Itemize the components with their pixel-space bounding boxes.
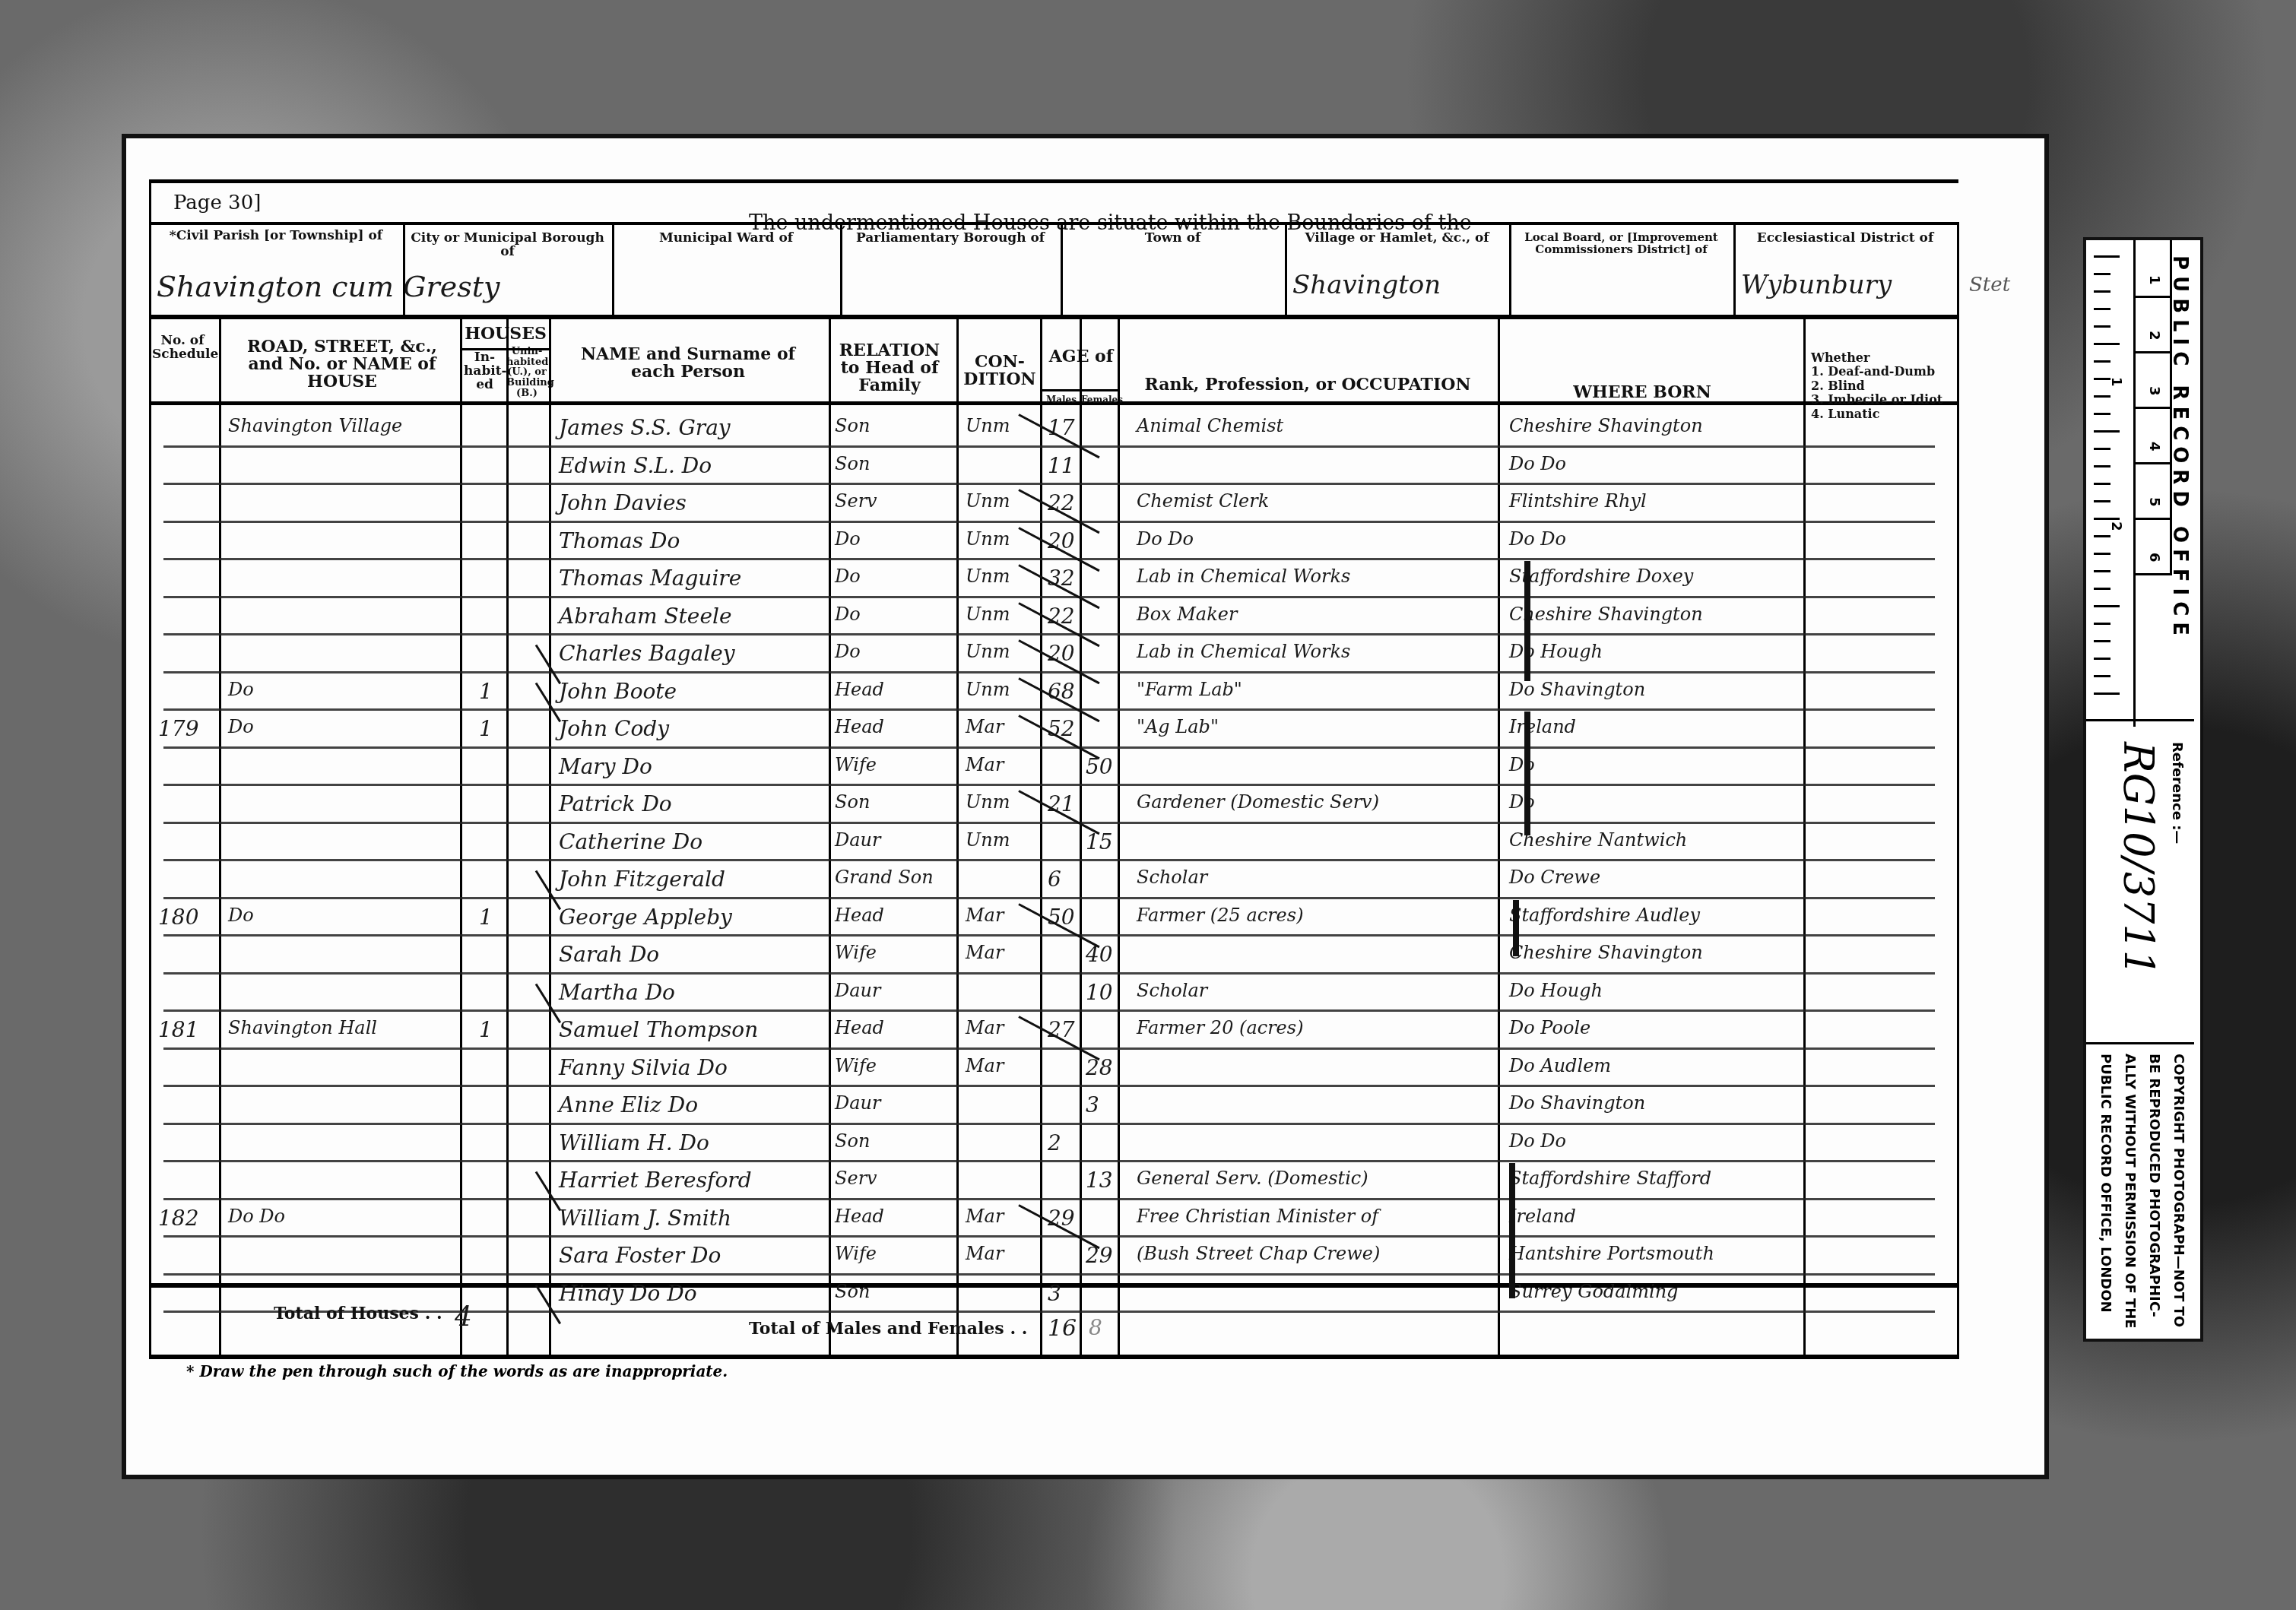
relation-cell: Wife [835,754,877,775]
check-mark [1513,900,1519,956]
where-born-cell: Staffordshire Doxey [1509,566,1693,587]
ruler-inch-label: 2 [2146,331,2162,341]
top-border [149,179,1958,183]
name-cell: Abraham Steele [559,604,732,629]
ruler-tick [2094,308,2110,310]
where-born-cell: Do Do [1509,528,1566,550]
strip-divider [2086,719,2194,721]
check-mark [1509,1163,1515,1298]
name-cell: Thomas Do [559,528,680,553]
boundary-value: Shavington [1292,270,1441,300]
check-mark [1524,712,1530,835]
relation-cell: Grand Son [835,867,934,888]
relation-cell: Do [835,566,861,587]
relation-cell: Son [835,415,870,436]
name-cell: William H. Do [559,1130,709,1155]
name-cell: Martha Do [559,980,675,1005]
relation-cell: Do [835,604,861,625]
male-age-cell: 2 [1048,1130,1061,1155]
condition-cell: Unm [966,641,1010,662]
row-rule [163,596,1935,598]
reference-label: Reference :— [2169,742,2185,844]
where-born-cell: Do Hough [1509,641,1603,662]
title-divider [149,222,1958,225]
row-rule [163,784,1935,786]
condition-cell: Mar [966,1017,1004,1038]
row-rule [163,558,1935,560]
boundary-divider [1285,225,1287,316]
relation-cell: Wife [835,1055,877,1076]
where-born-cell: Do Shavington [1509,679,1645,700]
where-born-cell: Do [1509,754,1535,775]
where-born-cell: Ireland [1509,716,1576,737]
occupation-cell: Do Do [1137,528,1194,550]
boundary-value: Wybunbury [1741,270,1892,300]
where-born-cell: Flintshire Rhyl [1509,490,1647,512]
road-cell: Do Do [228,1206,285,1227]
relation-cell: Head [835,1206,884,1227]
where-born-cell: Do Poole [1509,1017,1590,1038]
ruler-tick [2094,430,2120,433]
boundary-label: Parliamentary Borough of [845,232,1056,246]
relation-cell: Son [835,453,870,474]
relation-cell: Head [835,716,884,737]
ruler-tick [2094,273,2110,275]
condition-cell: Mar [966,1055,1004,1076]
inhabited-cell: 1 [479,679,493,704]
ruler-tick [2094,553,2110,555]
total-females-value: 8 [1089,1315,1102,1340]
row-rule [163,1009,1935,1012]
header-occupation: Rank, Profession, or OCCUPATION [1125,376,1490,394]
where-born-cell: Do Audlem [1509,1055,1611,1076]
where-born-cell: Cheshire Nantwich [1509,829,1687,851]
occupation-cell: General Serv. (Domestic) [1137,1168,1368,1189]
where-born-cell: Staffordshire Audley [1509,905,1700,926]
header-relation: RELATION to Head of Family [829,342,950,395]
name-cell: Charles Bagaley [559,641,735,666]
row-rule [163,822,1935,824]
table-row [149,750,1958,788]
occupation-cell: Farmer 20 (acres) [1137,1017,1304,1038]
houses-subdivider [460,348,549,350]
condition-cell: Mar [966,1206,1004,1227]
name-cell: John Fitzgerald [559,867,725,892]
boundary-divider [840,225,842,316]
boundary-label: Local Board, or [Improvement Commissione… [1514,232,1729,256]
relation-cell: Daur [835,980,880,1001]
occupation-cell: Scholar [1137,867,1207,888]
row-rule [163,1235,1935,1238]
name-cell: James S.S. Gray [559,415,731,440]
boundary-divider [403,225,405,316]
check-mark [1524,561,1530,681]
relation-cell: Son [835,1130,870,1152]
where-born-cell: Cheshire Shavington [1509,415,1703,436]
boundary-divider [612,225,614,316]
occupation-cell: "Ag Lab" [1137,716,1219,737]
row-rule [163,1085,1935,1087]
occupation-cell: Lab in Chemical Works [1137,641,1350,662]
header-inhabited: In-habit-ed [464,351,506,392]
strip-divider-2 [2086,1042,2194,1044]
total-males-value: 16 [1048,1315,1077,1342]
condition-cell: Mar [966,1243,1004,1264]
occupation-cell: Gardener (Domestic Serv) [1137,791,1379,813]
row-rule [163,859,1935,861]
relation-cell: Do [835,641,861,662]
ruler-tick [2094,640,2110,642]
where-born-cell: Do Shavington [1509,1092,1645,1114]
condition-cell: Unm [966,791,1010,813]
ruler-tick [2094,395,2110,398]
boundary-label: Town of [1065,232,1280,246]
table-row [149,975,1958,1013]
reference-value: RG10/3711 [2114,742,2162,976]
ruler-tick [2094,535,2110,537]
ruler-tick [2094,413,2110,415]
ruler-tick [2094,500,2110,502]
ruler-tick [2094,343,2120,345]
header-males: Males [1043,395,1080,405]
ruler-cm-label: 2 [2108,521,2124,531]
margin-note: Stet [1969,274,2010,296]
footnote: * Draw the pen through such of the words… [186,1362,728,1380]
ruler-inch-label: 6 [2146,553,2162,563]
row-rule [163,1198,1935,1200]
name-cell: Anne Eliz Do [559,1092,698,1117]
ruler-box [2133,462,2172,520]
row-rule [163,708,1935,711]
boundary-divider [1509,225,1511,316]
male-age-cell: 3 [1048,1281,1061,1306]
row-rule [163,671,1935,673]
where-born-cell: Do Hough [1509,980,1603,1001]
where-born-cell: Hantshire Portsmouth [1509,1243,1714,1264]
ruler-box [2133,407,2172,464]
ruler-tick [2094,588,2110,590]
relation-cell: Daur [835,1092,880,1114]
ruler-box [2133,296,2172,353]
age-subdivider [1040,389,1118,391]
copyright-line: COPYRIGHT PHOTOGRAPH—NOT TO [2171,1054,2187,1327]
header-females: Females [1081,395,1118,405]
road-cell: Shavington Hall [228,1017,377,1038]
condition-cell: Mar [966,942,1004,963]
name-cell: John Boote [559,679,677,704]
name-cell: Harriet Beresford [559,1168,752,1193]
road-cell: Do [228,679,254,700]
inhabited-cell: 1 [479,905,493,930]
name-cell: Sarah Do [559,942,659,967]
boundary-label: Village or Hamlet, &c., of [1289,232,1505,246]
condition-cell: Mar [966,754,1004,775]
condition-cell: Unm [966,528,1010,550]
header-name: NAME and Surname of each Person [559,346,817,381]
where-born-cell: Ireland [1509,1206,1576,1227]
ruler-tick [2094,570,2110,572]
condition-cell: Mar [966,716,1004,737]
name-cell: John Davies [559,490,687,515]
name-cell: John Cody [559,716,669,741]
occupation-cell: Chemist Clerk [1137,490,1269,512]
name-cell: Edwin S.L. Do [559,453,712,478]
ruler-tick [2094,518,2120,520]
occupation-cell: Farmer (25 acres) [1137,905,1304,926]
table-row [149,1051,1958,1089]
name-cell: Catherine Do [559,829,702,854]
row-rule [163,1047,1935,1050]
copyright-line: PUBLIC RECORD OFFICE, LONDON [2098,1054,2114,1313]
row-rule [163,897,1935,899]
office-label: PUBLIC RECORD OFFICE [2168,255,2191,642]
row-rule [163,746,1935,749]
total-houses-label: Total of Houses . . [274,1304,442,1323]
female-age-cell: 10 [1086,980,1113,1005]
ruler-tick [2094,360,2110,363]
condition-cell: Unm [966,415,1010,436]
header-condition: CON-DITION [958,353,1042,388]
where-born-cell: Do Crewe [1509,867,1600,888]
occupation-cell: (Bush Street Chap Crewe) [1137,1243,1380,1264]
ruler-inch-label: 1 [2146,275,2162,285]
inhabited-cell: 1 [479,716,493,741]
row-rule [163,633,1935,635]
row-rule [163,445,1935,448]
header-road: ROAD, STREET, &c., and No. or NAME of HO… [228,338,456,391]
name-cell: Patrick Do [559,791,672,816]
ruler-tick [2094,658,2110,660]
female-age-cell: 3 [1086,1092,1099,1117]
boundary-label: City or Municipal Borough of [408,232,607,259]
name-cell: Hindy Do Do [559,1281,697,1306]
row-rule [163,1123,1935,1125]
row-rule [163,521,1935,523]
name-cell: Mary Do [559,754,652,779]
condition-cell: Mar [966,905,1004,926]
ruler-tick [2094,605,2120,607]
page-label: Page 30] [173,192,261,214]
ruler-inch-label: 3 [2146,386,2162,396]
boundary-value: Shavington cum Gresty [157,270,499,303]
relation-cell: Son [835,791,870,813]
condition-cell: Unm [966,604,1010,625]
header-schedule: No. of Schedule [152,334,213,362]
relation-cell: Son [835,1281,870,1302]
ruler-tick [2094,290,2110,293]
boundary-divider [1061,225,1063,316]
copyright-line: ALLY WITHOUT PERMISSION OF THE [2122,1054,2138,1329]
relation-cell: Head [835,1017,884,1038]
boundary-divider [1733,225,1736,316]
ruler-box [2133,351,2172,409]
schedule-cell: 180 [158,905,198,930]
occupation-cell: Lab in Chemical Works [1137,566,1350,587]
relation-cell: Head [835,905,884,926]
row-rule [163,1273,1935,1276]
road-cell: Shavington Village [228,415,402,436]
ruler-inch-label: 4 [2146,442,2162,452]
female-age-cell: 13 [1086,1168,1113,1193]
boundary-label: *Civil Parish [or Township] of [154,230,398,243]
schedule-cell: 179 [158,716,198,741]
condition-cell: Unm [966,679,1010,700]
ruler-tick [2094,675,2110,677]
header-houses: HOUSES [464,325,547,343]
header-where-born: WHERE BORN [1502,384,1783,401]
ruler-tick [2094,448,2110,450]
table-row [149,1088,1958,1126]
row-rule [163,483,1935,485]
occupation-cell: Animal Chemist [1137,415,1283,436]
boundaries-divider [149,315,1958,319]
name-cell: Sara Foster Do [559,1243,721,1268]
relation-cell: Head [835,679,884,700]
where-born-cell: Do [1509,791,1535,813]
copyright-line: BE REPRODUCED PHOTOGRAPHIC- [2146,1054,2162,1317]
relation-cell: Wife [835,942,877,963]
total-houses-value: 4 [455,1301,472,1333]
ruler-tick [2094,325,2110,328]
where-born-cell: Cheshire Shavington [1509,604,1703,625]
occupation-cell: Box Maker [1137,604,1237,625]
where-born-cell: Cheshire Shavington [1509,942,1703,963]
schedule-cell: 181 [158,1017,198,1042]
relation-cell: Serv [835,490,877,512]
ruler-tick [2094,692,2120,695]
road-cell: Do [228,716,254,737]
bottom-border [149,1355,1958,1359]
name-cell: George Appleby [559,905,732,930]
row-rule [163,1160,1935,1162]
relation-cell: Serv [835,1168,877,1189]
ruler-box [2133,518,2172,575]
name-cell: William J. Smith [559,1206,731,1231]
road-cell: Do [228,905,254,926]
male-age-cell: 11 [1048,453,1075,478]
where-born-cell: Staffordshire Stafford [1509,1168,1711,1189]
relation-cell: Daur [835,829,880,851]
name-cell: Samuel Thompson [559,1017,758,1042]
ruler-tick [2094,465,2110,467]
where-born-cell: Do Do [1509,453,1566,474]
row-rule [163,934,1935,937]
condition-cell: Unm [966,566,1010,587]
row-rule [163,972,1935,975]
inhabited-cell: 1 [479,1017,493,1042]
name-cell: Fanny Silvia Do [559,1055,728,1080]
ruler-tick [2094,483,2110,485]
condition-cell: Unm [966,829,1010,851]
where-born-cell: Do Do [1509,1130,1566,1152]
ruler-tick [2094,623,2110,625]
public-record-office-strip: 12 123456 PUBLIC RECORD OFFICE Reference… [2083,237,2203,1342]
ruler-box [2133,240,2172,298]
ruler-cm-label: 1 [2108,377,2124,387]
boundary-label: Ecclesiastical District of [1738,232,1952,246]
where-born-cell: Surrey Godalming [1509,1281,1678,1302]
occupation-cell: "Farm Lab" [1137,679,1242,700]
relation-cell: Do [835,528,861,550]
ruler-inch-label: 5 [2146,497,2162,507]
male-age-cell: 6 [1048,867,1061,892]
condition-cell: Unm [966,490,1010,512]
occupation-cell: Free Christian Minister of [1137,1206,1378,1227]
total-persons-label: Total of Males and Females . . [749,1319,1027,1339]
relation-cell: Wife [835,1243,877,1264]
ruler-tick [2094,255,2120,258]
schedule-cell: 182 [158,1206,198,1231]
name-cell: Thomas Maguire [559,566,741,591]
boundary-label: Municipal Ward of [617,232,836,246]
header-uninhabited: Unin-habited (U.), or Building (B.) [506,347,547,398]
occupation-cell: Scholar [1137,980,1207,1001]
